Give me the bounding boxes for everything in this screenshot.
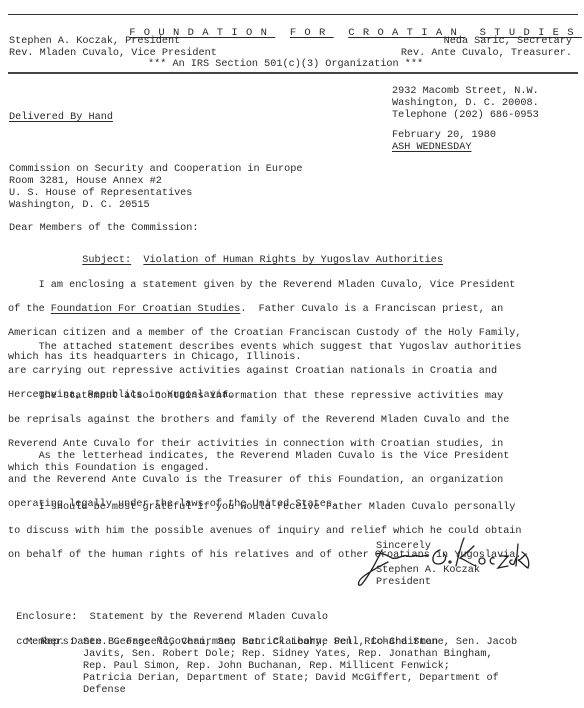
- p1-line-1: I am enclosing a statement given by the …: [8, 280, 583, 292]
- cc-members-line-5: Defense: [83, 685, 126, 697]
- p1-line-2: of the Foundation For Croatian Studies. …: [8, 304, 583, 316]
- recipient-line-1: Commission on Security and Cooperation i…: [9, 164, 302, 176]
- cc-members-line-4: Patricia Derian, Department of State; Da…: [83, 673, 499, 685]
- recipient-line-4: Washington, D. C. 20515: [9, 200, 150, 212]
- officer-secretary: Neda Saric, Secretary: [444, 36, 572, 48]
- p3-line-2: be reprisals against the brothers and fa…: [8, 415, 583, 427]
- cc-members-line-1: Sen. George McGovern, Sen Patrick Leahy,…: [83, 637, 517, 649]
- p4-line-2: and the Reverend Ante Cuvalo is the Trea…: [8, 475, 583, 487]
- enclosure-label: Enclosure:: [16, 612, 77, 623]
- officer-president: Stephen A. Koczak, President: [9, 36, 180, 48]
- p1-line-2-post: . Father Cuvalo is a Franciscan priest, …: [240, 304, 503, 315]
- enclosure-text: Statement by the Reverend Mladen Cuvalo: [90, 612, 328, 623]
- sender-street: 2932 Macomb Street, N.W.: [392, 86, 539, 98]
- letter-date: February 20, 1980: [392, 130, 496, 142]
- officer-treasurer: Rev. Ante Cuvalo, Treasurer.: [401, 48, 572, 60]
- signatory-title: President: [376, 577, 431, 589]
- subject-text: Violation of Human Rights by Yugoslav Au…: [143, 255, 443, 266]
- sender-phone: Telephone (202) 686-0953: [392, 110, 539, 122]
- tax-status: *** An IRS Section 501(c)(3) Organizatio…: [148, 59, 423, 71]
- p2-line-2: are carrying out repressive activities a…: [8, 366, 583, 378]
- recipient-line-2: Room 3281, House Annex #2: [9, 176, 162, 188]
- subject-line: Subject: Violation of Human Rights by Yu…: [70, 243, 443, 267]
- cc-members-label: Members:: [26, 637, 75, 649]
- date-note: ASH WEDNESDAY: [392, 142, 471, 154]
- sender-city: Washington, D. C. 20008.: [392, 98, 539, 110]
- p5-line-1: I should be most grateful if you would r…: [8, 502, 583, 514]
- cc-members-line-2: Javits, Sen. Robert Dole; Rep. Sidney Ya…: [83, 649, 493, 661]
- salutation: Dear Members of the Commission:: [9, 223, 199, 235]
- cc-members-line-3: Rep. Paul Simon, Rep. John Buchanan, Rep…: [83, 661, 450, 673]
- title-word-2: FOR: [290, 27, 334, 39]
- p1-line-2-pre: of the: [8, 304, 51, 315]
- signatory-name: Stephen A. Koczak: [376, 565, 480, 577]
- p4-line-1: As the letterhead indicates, the Reveren…: [8, 451, 583, 463]
- recipient-line-3: U. S. House of Representatives: [9, 188, 192, 200]
- enclosure-line: Enclosure: Statement by the Reverend Mla…: [4, 600, 328, 624]
- letterhead-bottom-rule: [8, 72, 578, 74]
- subject-label: Subject:: [82, 255, 131, 266]
- p3-line-1: The statement also contains information …: [8, 391, 583, 403]
- delivery-note: Delivered By Hand: [9, 112, 113, 124]
- p2-line-1: The attached statement describes events …: [8, 342, 583, 354]
- foundation-name: Foundation For Croatian Studies: [51, 304, 241, 315]
